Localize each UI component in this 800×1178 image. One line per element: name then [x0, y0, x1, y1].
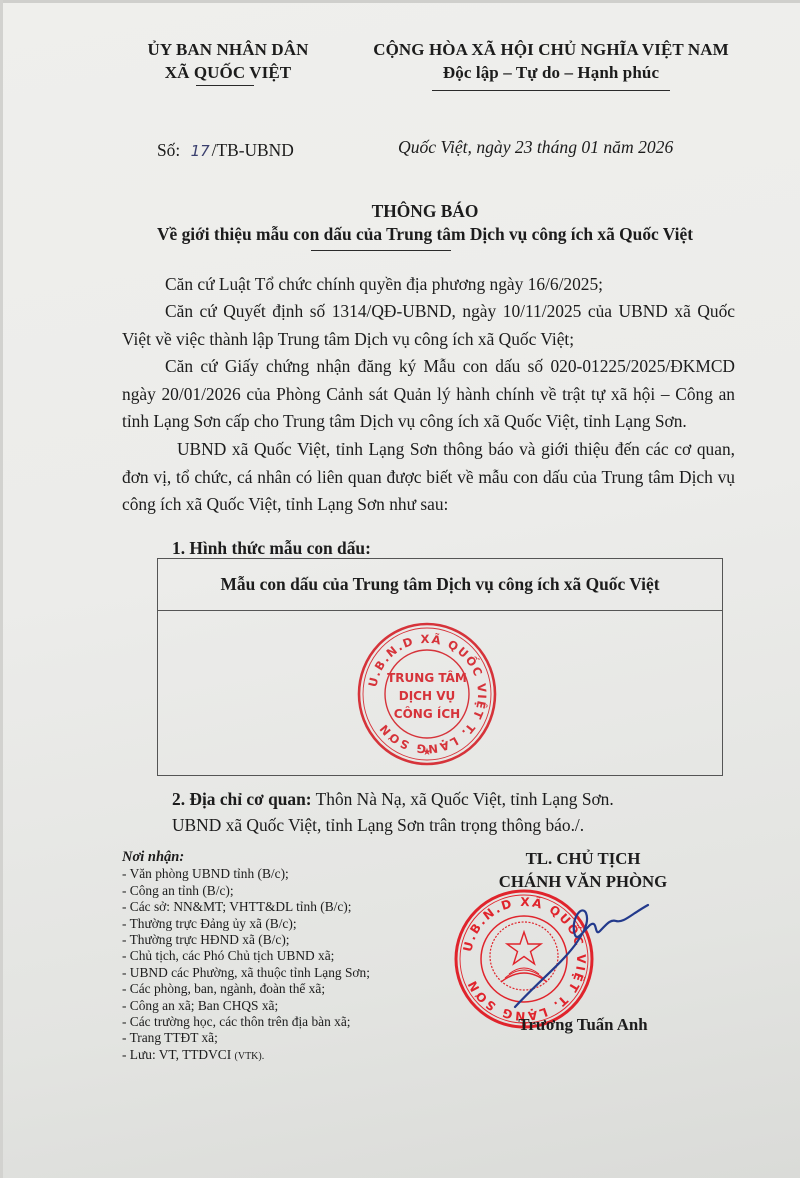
recipient-item: - Các trường học, các thôn trên địa bàn …	[122, 1014, 370, 1030]
seal-table-header: Mẫu con dấu của Trung tâm Dịch vụ công í…	[158, 559, 722, 611]
recipient-item: - UBND các Phường, xã thuộc tỉnh Lạng Sơ…	[122, 965, 370, 981]
recipients-title: Nơi nhận:	[122, 849, 370, 865]
signature-title: TL. CHỦ TỊCH	[470, 849, 696, 869]
commune-name: XÃ QUỐC VIỆT	[128, 63, 328, 83]
basis-certificate: Căn cứ Giấy chứng nhận đăng ký Mẫu con d…	[122, 353, 735, 436]
seal-sample-table: Mẫu con dấu của Trung tâm Dịch vụ công í…	[157, 558, 723, 776]
place-date: Quốc Việt, ngày 23 tháng 01 năm 2026	[398, 137, 673, 158]
svg-text:TRUNG TÂM: TRUNG TÂM	[387, 670, 467, 685]
svg-text:CÔNG ÍCH: CÔNG ÍCH	[394, 706, 460, 721]
sample-seal-icon: U.B.N.D XÃ QUỐC VIỆT T. LẠNG SƠN TRUNG T…	[347, 614, 507, 774]
signer-name: Trương Tuấn Anh	[470, 1015, 696, 1035]
basis-law: Căn cứ Luật Tổ chức chính quyền địa phươ…	[122, 271, 735, 299]
subtitle-underline	[311, 250, 451, 251]
recipient-item: - Văn phòng UBND tỉnh (B/c);	[122, 866, 370, 882]
closing-statement: UBND xã Quốc Việt, tỉnh Lạng Sơn trân tr…	[172, 815, 584, 836]
motto: Độc lập – Tự do – Hạnh phúc	[362, 63, 740, 83]
photo-edge-top	[0, 0, 800, 3]
republic-name: CỘNG HÒA XÃ HỘI CHỦ NGHĨA VIỆT NAM	[362, 40, 740, 60]
intro-paragraph: UBND xã Quốc Việt, tỉnh Lạng Sơn thông b…	[122, 436, 735, 519]
section-2-address: 2. Địa chỉ cơ quan: Thôn Nà Nạ, xã Quốc …	[172, 789, 614, 810]
motto-underline	[432, 90, 670, 91]
document-subtitle: Về giới thiệu mẫu con dấu của Trung tâm …	[100, 224, 750, 245]
svg-text:★: ★	[423, 747, 432, 758]
agency-name: ỦY BAN NHÂN DÂN	[128, 40, 328, 60]
recipient-item: - Các phòng, ban, ngành, đoàn thể xã;	[122, 981, 370, 997]
recipient-item: - Chủ tịch, các Phó Chủ tịch UBND xã;	[122, 948, 370, 964]
recipient-item: - Công an xã; Ban CHQS xã;	[122, 998, 370, 1014]
photo-edge-left	[0, 0, 3, 1178]
recipients-list: Nơi nhận: - Văn phòng UBND tỉnh (B/c); -…	[122, 849, 370, 1065]
recipient-item: - Các sở: NN&MT; VHTT&DL tỉnh (B/c);	[122, 899, 370, 915]
document-title: THÔNG BÁO	[100, 201, 750, 222]
recipient-item-archive: - Lưu: VT, TTDVCI (VTK).	[122, 1047, 370, 1065]
handwritten-number: 17	[191, 142, 210, 160]
section-1-heading: 1. Hình thức mẫu con dấu:	[172, 538, 371, 559]
agency-underline	[196, 85, 254, 86]
basis-decision: Căn cứ Quyết định số 1314/QĐ-UBND, ngày …	[122, 298, 735, 353]
recipient-item: - Thường trực Đảng ủy xã (B/c);	[122, 916, 370, 932]
recipient-item: - Thường trực HĐND xã (B/c);	[122, 932, 370, 948]
recipient-item: - Trang TTĐT xã;	[122, 1030, 370, 1046]
document-number: Số: 17/TB-UBND	[157, 140, 294, 161]
recipient-item: - Công an tỉnh (B/c);	[122, 883, 370, 899]
seal-table-cell: U.B.N.D XÃ QUỐC VIỆT T. LẠNG SƠN TRUNG T…	[158, 611, 722, 775]
svg-text:DỊCH VỤ: DỊCH VỤ	[399, 689, 455, 703]
handwritten-signature-icon	[510, 895, 660, 1015]
